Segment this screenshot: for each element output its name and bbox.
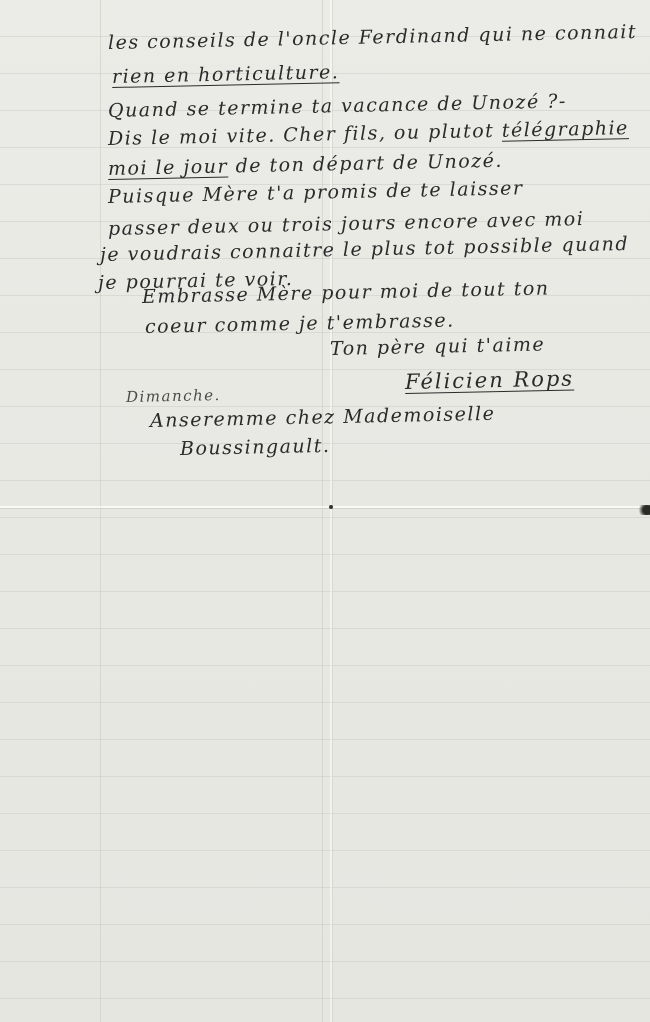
- postscript-address: Boussingault.: [180, 435, 331, 460]
- letter-line: Quand se termine ta vacance de Unozé ?-: [108, 90, 567, 122]
- letter-line: Dis le moi vite. Cher fils, ou plutot té…: [108, 117, 629, 150]
- letter-line: moi le jour de ton départ de Unozé.: [108, 150, 503, 180]
- closing-line: Ton père qui t'aime: [330, 333, 546, 360]
- closing-line: coeur comme je t'embrasse.: [145, 310, 455, 338]
- letter-text-underlined: télégraphie: [502, 117, 629, 142]
- letter-text-underlined: moi le jour: [108, 155, 229, 180]
- pinhole-mark: [329, 505, 333, 509]
- margin-rule: [100, 0, 101, 1022]
- letter-text: de ton départ de Unozé.: [228, 150, 503, 178]
- letter-text: Dis le moi vite. Cher fils, ou plutot: [108, 120, 495, 150]
- postscript-address: Anseremme chez Mademoiselle: [150, 403, 496, 432]
- postscript-day: Dimanche.: [126, 386, 221, 406]
- signature: Félicien Rops: [405, 366, 575, 394]
- horizontal-fold: [0, 506, 650, 508]
- paper-tear-mark: [636, 505, 650, 515]
- letter-line: les conseils de l'oncle Ferdinand qui ne…: [108, 21, 637, 54]
- letter-line: Puisque Mère t'a promis de te laisser: [108, 177, 524, 208]
- letter-line: rien en horticulture.: [112, 61, 340, 88]
- letter-text: rien en horticulture.: [112, 61, 340, 88]
- letter-page: les conseils de l'oncle Ferdinand qui ne…: [0, 0, 650, 1022]
